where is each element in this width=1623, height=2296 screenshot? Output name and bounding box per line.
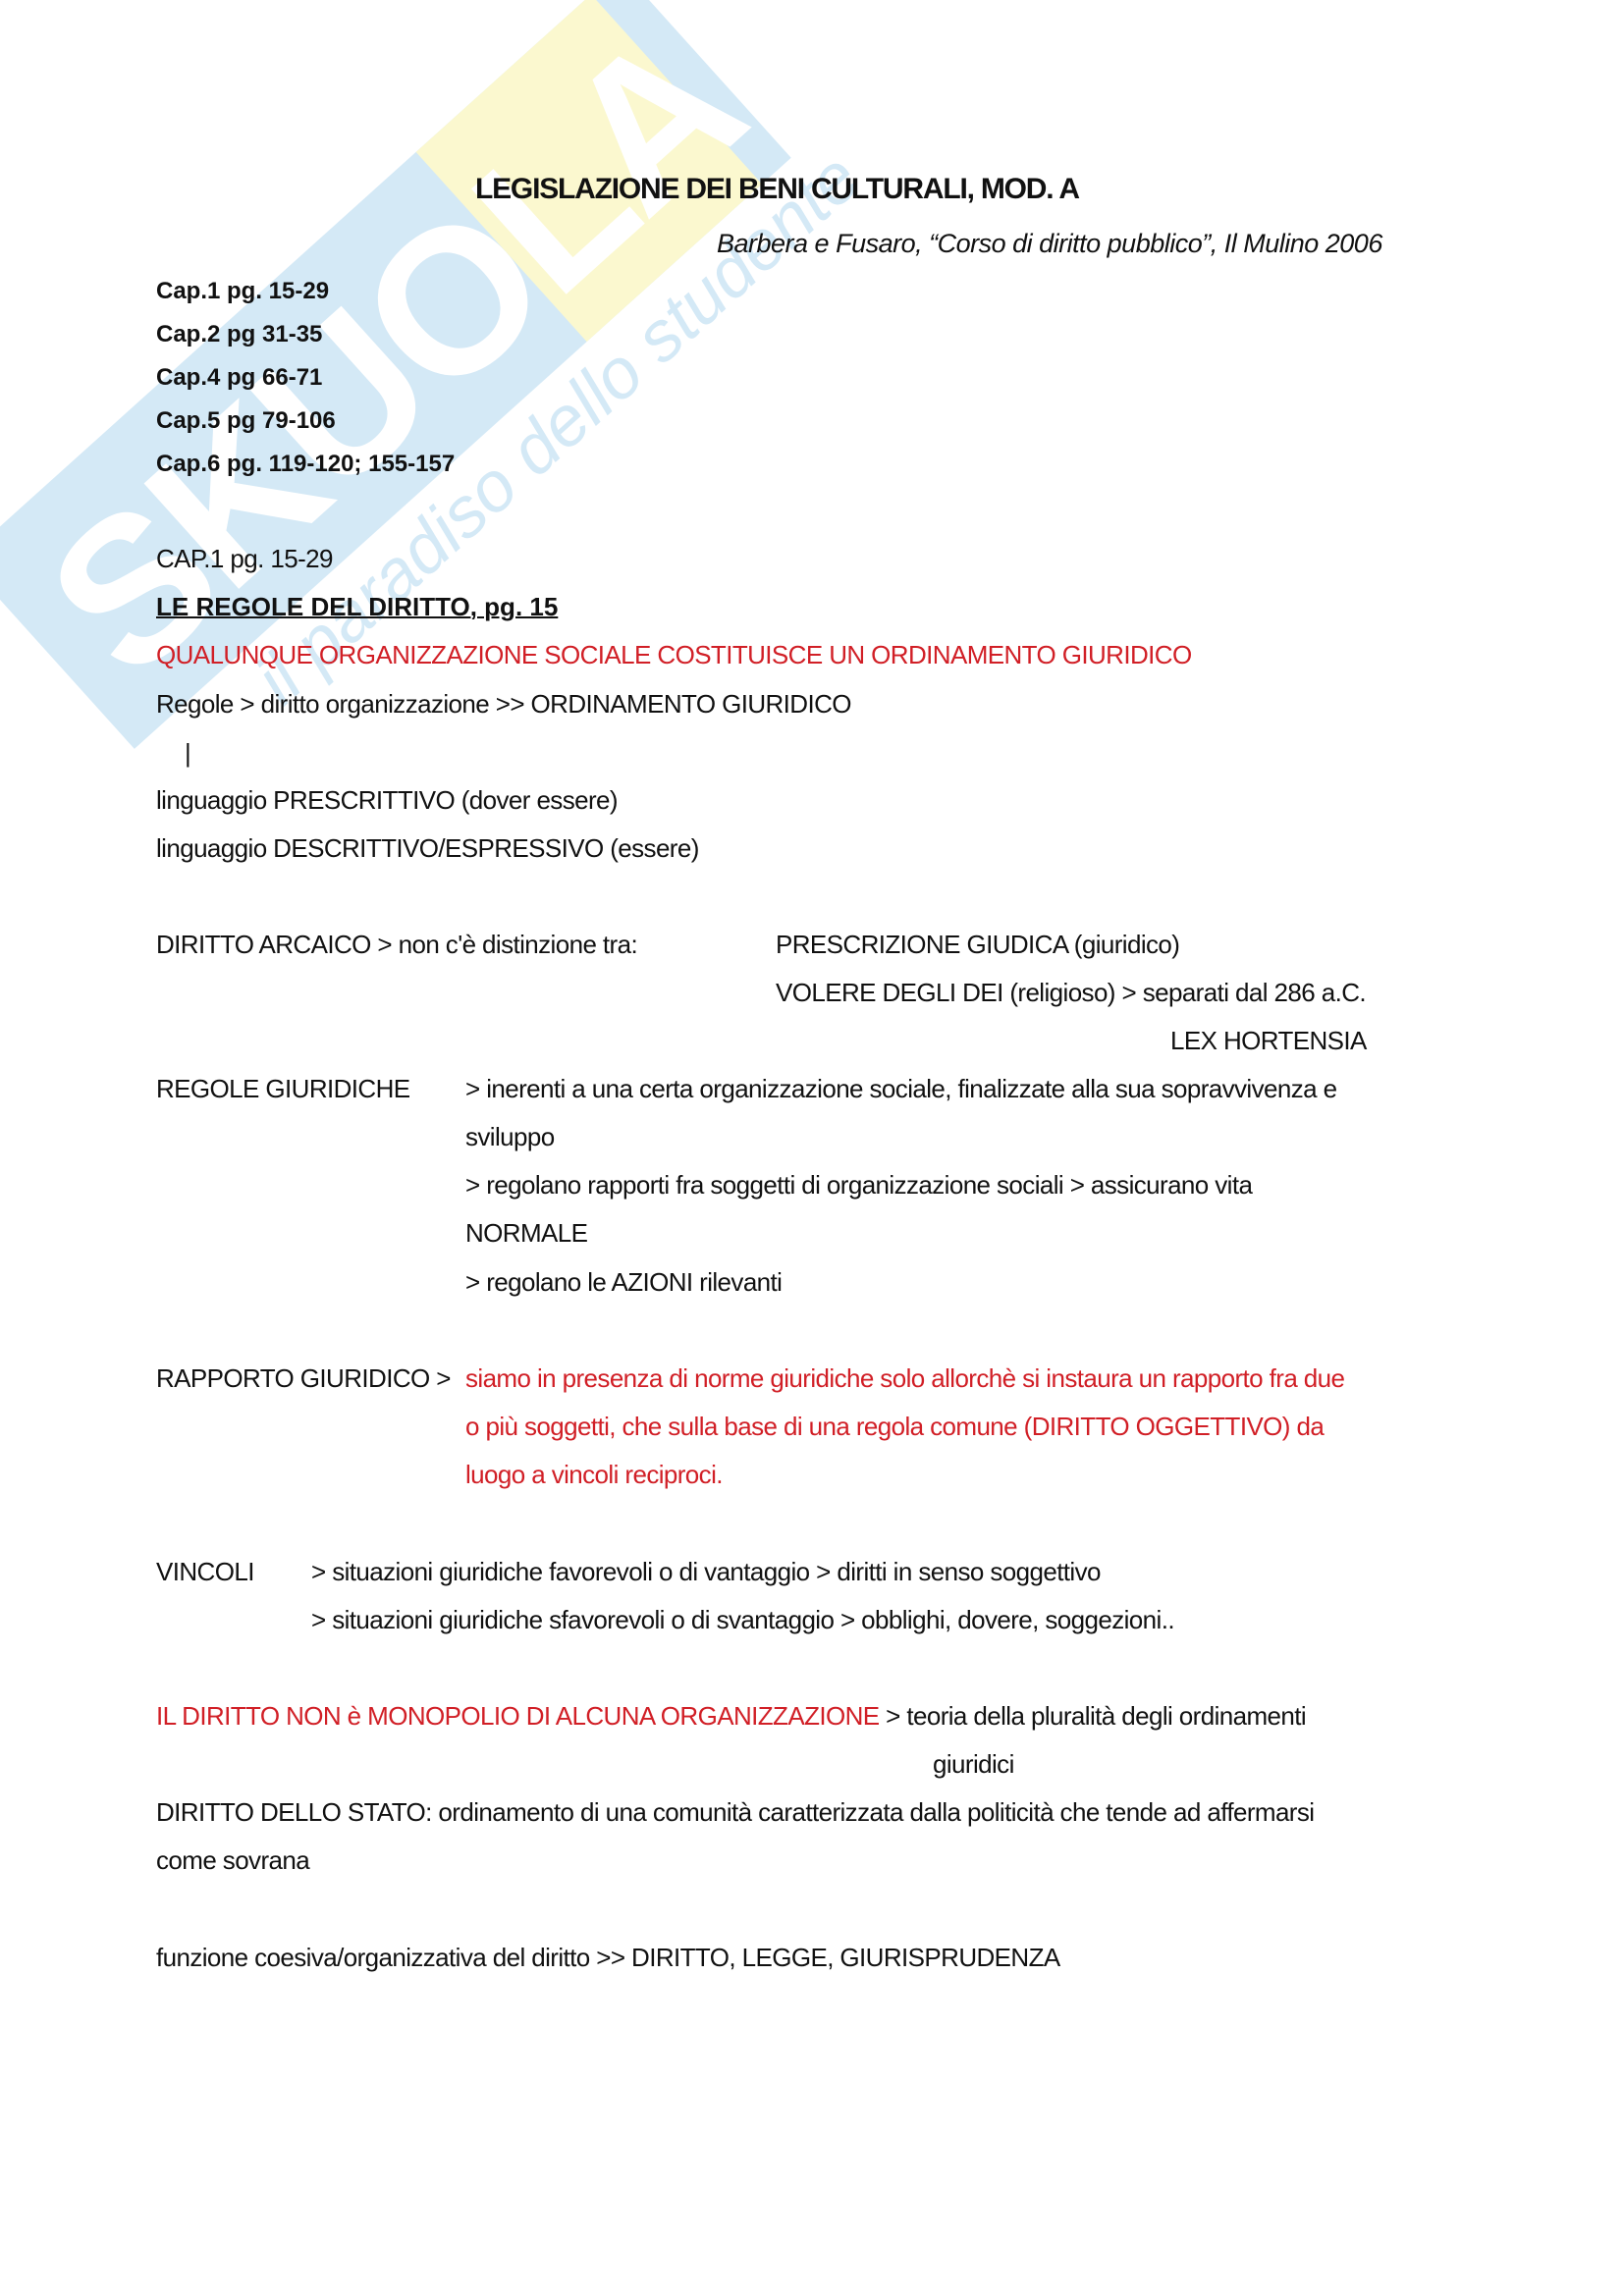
watermark-banner-shape xyxy=(0,0,791,749)
chapter-item: Cap.6 pg. 119-120; 155-157 xyxy=(156,448,455,481)
archaic-law-label: DIRITTO ARCAICO > non c'è distinzione tr… xyxy=(156,928,637,961)
archaic-item-gods: VOLERE DEGLI DEI (religioso) > separati … xyxy=(776,976,1366,1009)
legal-rules-line: sviluppo xyxy=(465,1120,555,1153)
constraints-line: > situazioni giuridiche favorevoli o di … xyxy=(311,1555,1101,1588)
chapter-item: Cap.1 pg. 15-29 xyxy=(156,275,329,308)
legal-rules-line: > inerenti a una certa organizzazione so… xyxy=(465,1072,1336,1105)
legal-relationship-line: siamo in presenza di norme giuridiche so… xyxy=(465,1362,1344,1395)
plurality-red-text: IL DIRITTO NON è MONOPOLIO DI ALCUNA ORG… xyxy=(156,1701,880,1731)
archaic-item-prescription: PRESCRIZIONE GIUDICA (giuridico) xyxy=(776,928,1179,961)
book-reference: Barbera e Fusaro, “Corso di diritto pubb… xyxy=(717,227,1382,260)
chapter-label: CAP.1 pg. 15-29 xyxy=(156,542,333,575)
function-line: funzione coesiva/organizzativa del dirit… xyxy=(156,1941,1060,1974)
legal-rules-line: > regolano le AZIONI rilevanti xyxy=(465,1265,782,1299)
plurality-black-text: > teoria della pluralità degli ordinamen… xyxy=(886,1701,1306,1731)
plurality-continuation: giuridici xyxy=(933,1747,1014,1781)
chapter-item: Cap.4 pg 66-71 xyxy=(156,361,322,395)
legal-rules-line: > regolano rapporti fra soggetti di orga… xyxy=(465,1168,1252,1201)
state-law-line: come sovrana xyxy=(156,1843,309,1877)
legal-relationship-line: o più soggetti, che sulla base di una re… xyxy=(465,1410,1324,1443)
legal-rules-label: REGOLE GIURIDICHE xyxy=(156,1072,410,1105)
document-title: LEGISLAZIONE DEI BENI CULTURALI, MOD. A xyxy=(475,173,1079,206)
section-heading: LE REGOLE DEL DIRITTO, pg. 15 xyxy=(156,590,558,623)
rule-line: Regole > diritto organizzazione >> ORDIN… xyxy=(156,687,851,721)
language-prescriptive: linguaggio PRESCRITTIVO (dover essere) xyxy=(156,783,618,817)
constraints-label: VINCOLI xyxy=(156,1555,254,1588)
legal-relationship-label: RAPPORTO GIURIDICO > xyxy=(156,1362,451,1395)
watermark-tagline-text: il paradiso dello studente xyxy=(241,138,874,720)
connector-line: | xyxy=(185,736,190,770)
chapter-item: Cap.2 pg 31-35 xyxy=(156,318,322,351)
state-law-line: DIRITTO DELLO STATO: ordinamento di una … xyxy=(156,1795,1314,1829)
watermark-yellow-square xyxy=(416,0,762,342)
thesis-statement: QUALUNQUE ORGANIZZAZIONE SOCIALE COSTITU… xyxy=(156,638,1192,671)
plurality-line: IL DIRITTO NON è MONOPOLIO DI ALCUNA ORG… xyxy=(156,1699,1306,1733)
legal-relationship-line: luogo a vincoli reciproci. xyxy=(465,1458,723,1491)
archaic-item-lex: LEX HORTENSIA xyxy=(1170,1024,1367,1057)
chapter-item: Cap.5 pg 79-106 xyxy=(156,404,336,438)
language-descriptive: linguaggio DESCRITTIVO/ESPRESSIVO (esser… xyxy=(156,831,699,865)
legal-rules-line: NORMALE xyxy=(465,1216,587,1250)
constraints-line: > situazioni giuridiche sfavorevoli o di… xyxy=(311,1603,1174,1636)
